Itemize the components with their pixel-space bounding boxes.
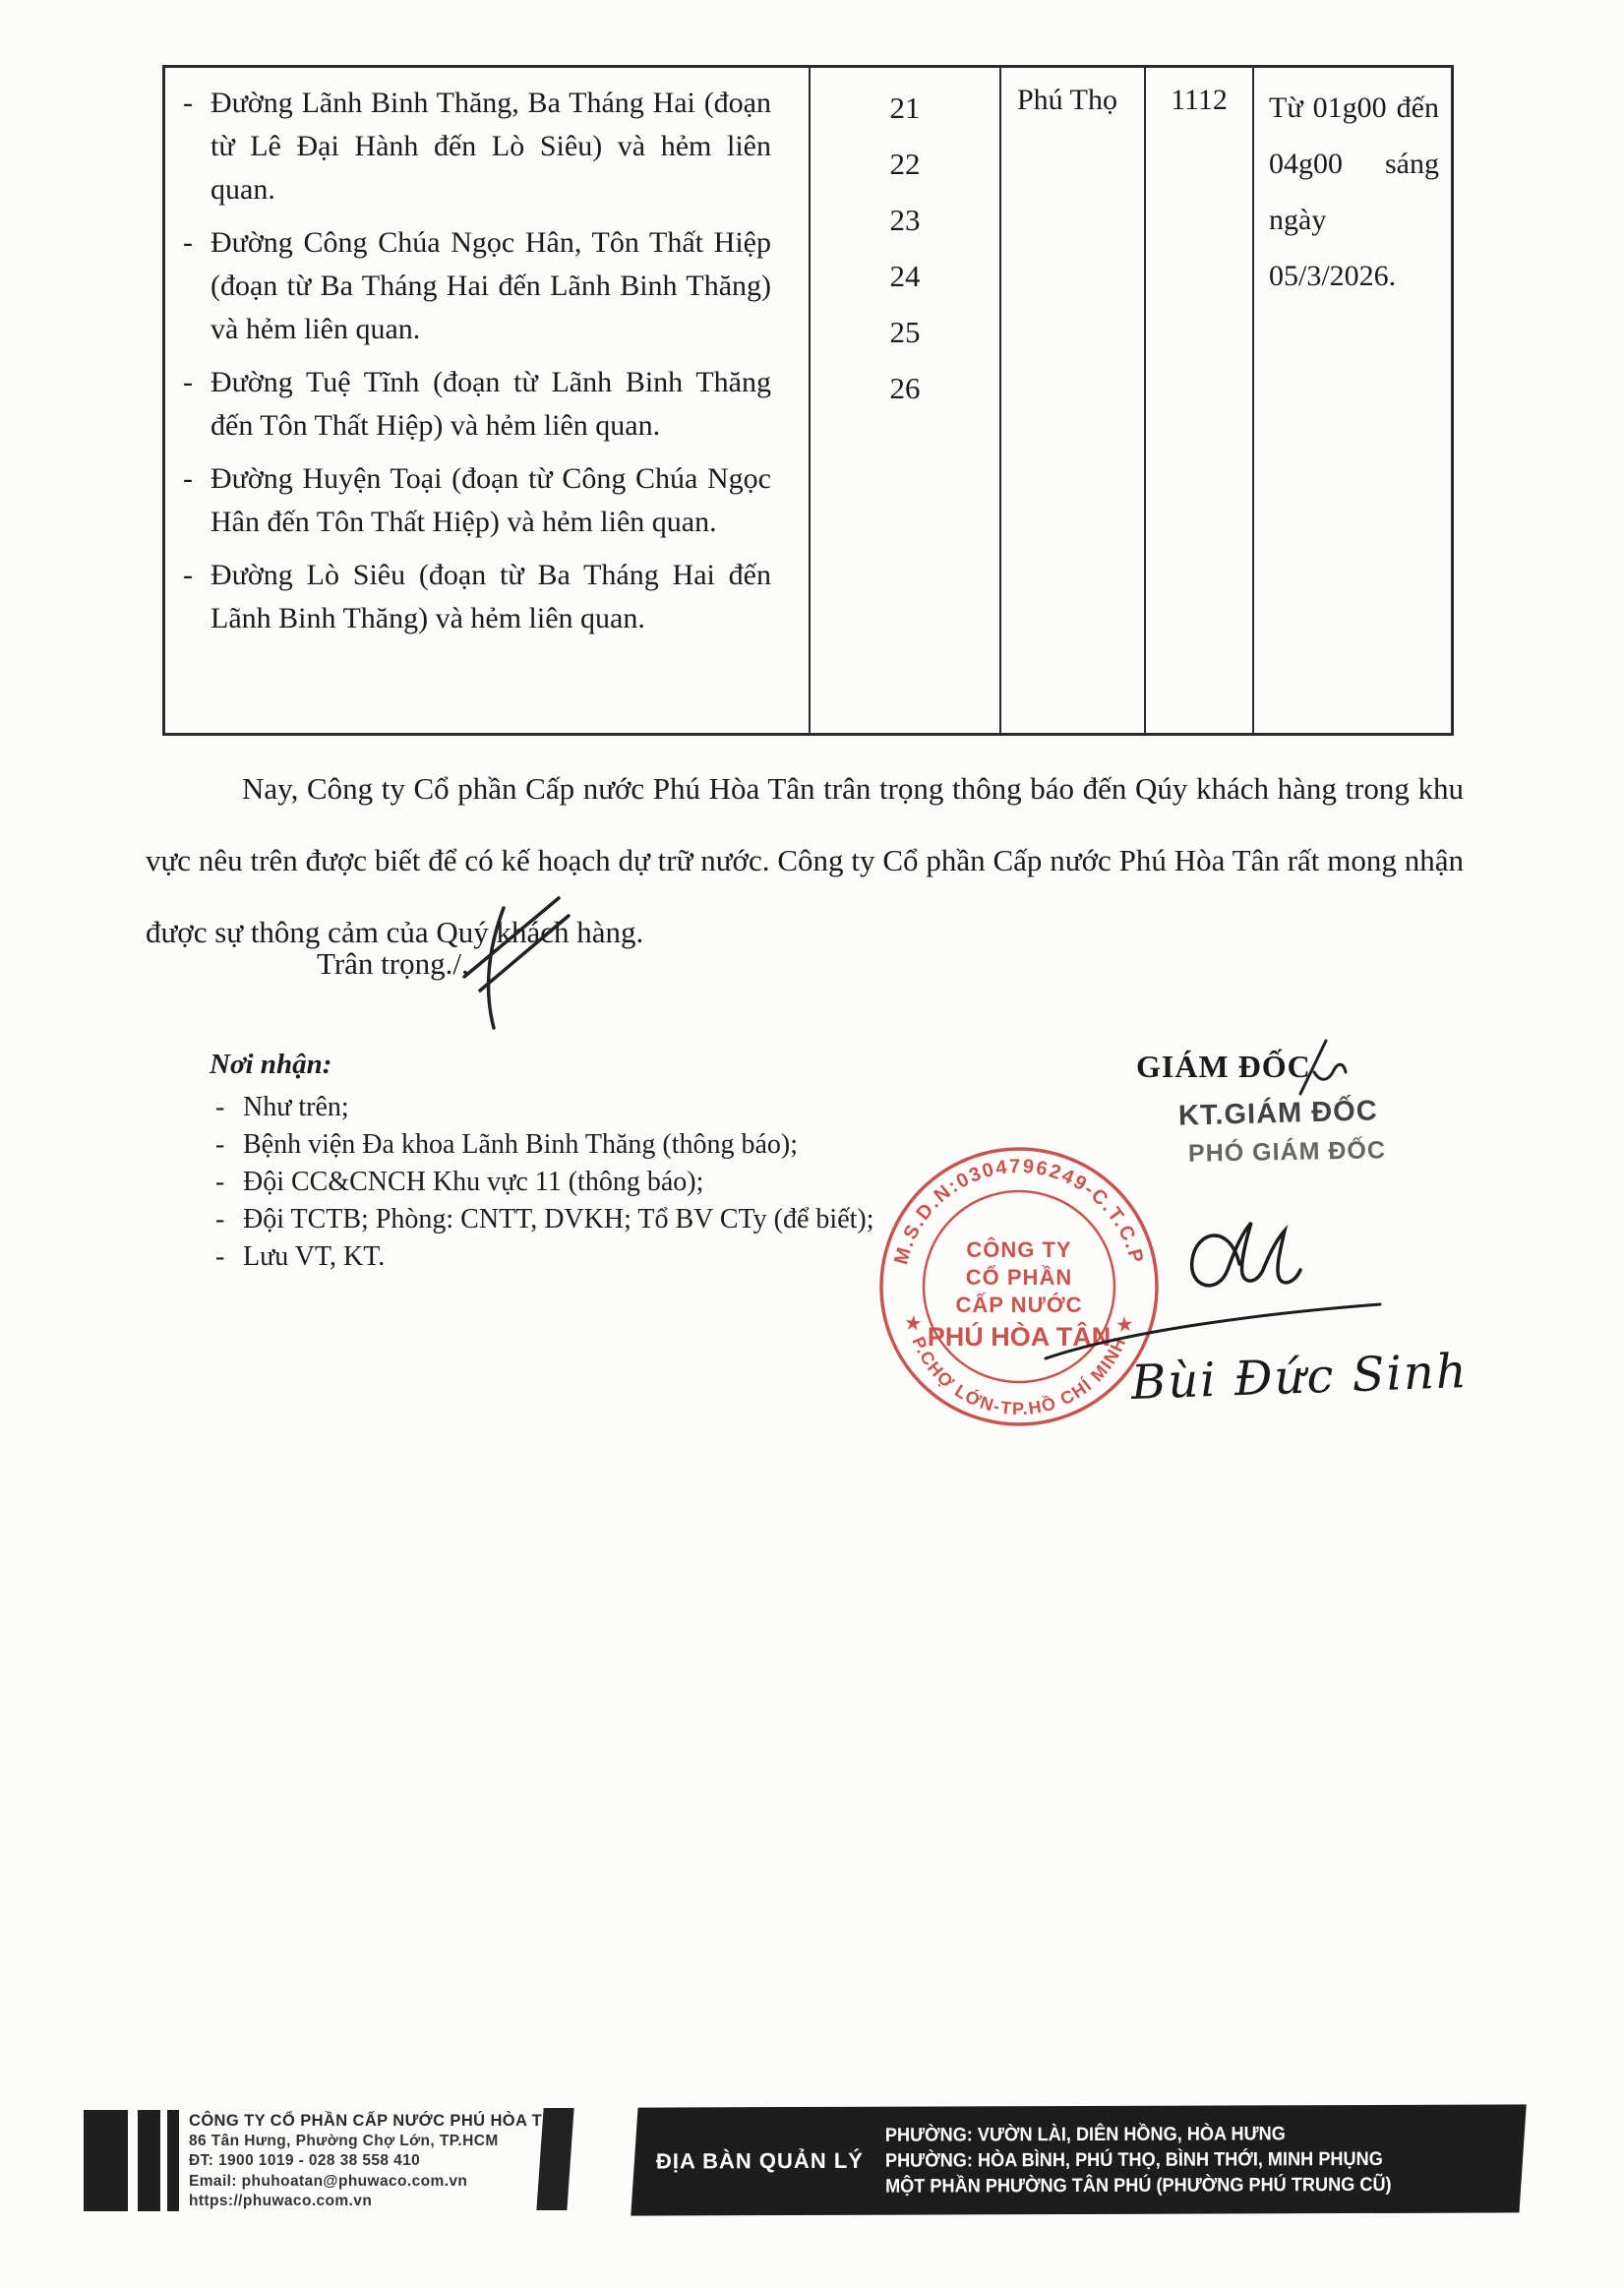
recipient-text: Đội CC&CNCH Khu vực 11 (thông báo); [243, 1164, 703, 1201]
footer-logo-bar [167, 2110, 179, 2211]
footer-logo-bar [84, 2110, 128, 2211]
street-text: Đường Lò Siêu (đoạn từ Ba Tháng Hai đến … [211, 554, 771, 640]
footer-phone: ĐT: 1900 1019 - 028 38 558 410 [189, 2151, 567, 2172]
ward-name: Phú Thọ [1017, 84, 1117, 116]
water-outage-table: - Đường Lãnh Binh Thăng, Ba Tháng Hai (đ… [162, 65, 1454, 736]
table-row: - Đường Tuệ Tĩnh (đoạn từ Lãnh Binh Thăn… [165, 361, 771, 448]
table-row: - Đường Lò Siêu (đoạn từ Ba Tháng Hai đế… [165, 554, 771, 640]
bullet-dash: - [165, 457, 211, 544]
footer-website[interactable]: https://phuwaco.com.vn [189, 2192, 567, 2212]
route-number: 22 [811, 136, 999, 192]
notice-paragraph: Nay, Công ty Cổ phần Cấp nước Phú Hòa Tâ… [146, 753, 1464, 968]
bullet-dash: - [165, 82, 211, 211]
recipient-text: Lưu VT, KT. [243, 1238, 385, 1276]
column-time: Từ 01g00 đến 04g00 sáng ngày 05/3/2026. [1254, 68, 1451, 733]
recipient-text: Đội TCTB; Phòng: CNTT, DVKH; Tổ BV CTy (… [243, 1201, 874, 1238]
signer-name: Bùi Đức Sinh [1130, 1344, 1469, 1411]
service-area-line: PHƯỜNG: VƯỜN LÀI, DIÊN HỒNG, HÒA HƯNG [885, 2121, 1392, 2148]
recipient-text: Bệnh viện Đa khoa Lãnh Binh Thăng (thông… [243, 1126, 798, 1164]
column-dma: 1112 [1146, 68, 1254, 733]
deputy-director-stamp-line: PHÓ GIÁM ĐỐC [1188, 1136, 1386, 1169]
kt-director-stamp-line: KT.GIÁM ĐỐC [1178, 1095, 1379, 1132]
street-text: Đường Công Chúa Ngọc Hân, Tôn Thất Hiệp … [211, 221, 771, 351]
route-number: 25 [811, 304, 999, 360]
signature-scribble [1038, 1166, 1461, 1372]
outage-time-note: Từ 01g00 đến 04g00 sáng ngày 05/3/2026. [1269, 91, 1439, 292]
footer-logo-bar [138, 2110, 160, 2211]
footer-address: 86 Tân Hưng, Phường Chợ Lớn, TP.HCM [189, 2132, 567, 2152]
footer-email: Email: phuhoatan@phuwaco.com.vn [189, 2172, 567, 2193]
footer-company-info: CÔNG TY CỔ PHẦN CẤP NƯỚC PHÚ HÒA TÂN 86 … [189, 2111, 567, 2212]
column-streets: - Đường Lãnh Binh Thăng, Ba Tháng Hai (đ… [165, 68, 811, 733]
bullet-dash: - [165, 361, 211, 448]
bullet-dash: - [210, 1164, 243, 1201]
column-ward: Phú Thọ [1001, 68, 1146, 733]
street-text: Đường Lãnh Binh Thăng, Ba Tháng Hai (đoạ… [211, 82, 771, 211]
list-item: - Bệnh viện Đa khoa Lãnh Binh Thăng (thô… [210, 1126, 874, 1164]
street-text: Đường Huyện Toại (đoạn từ Công Chúa Ngọc… [211, 457, 771, 544]
street-text: Đường Tuệ Tĩnh (đoạn từ Lãnh Binh Thăng … [211, 361, 771, 448]
bullet-dash: - [210, 1238, 243, 1276]
footer-accent-wedge [536, 2108, 573, 2210]
footer-banner-content: ĐỊA BÀN QUẢN LÝ PHƯỜNG: VƯỜN LÀI, DIÊN H… [634, 2120, 1523, 2199]
route-number: 23 [811, 192, 999, 248]
bullet-dash: - [210, 1201, 243, 1238]
recipient-text: Như trên; [243, 1089, 349, 1126]
dma-code: 1112 [1171, 84, 1228, 116]
bullet-dash: - [210, 1089, 243, 1126]
bullet-dash: - [165, 554, 211, 640]
column-route-numbers: 21 22 23 24 25 26 [811, 68, 1001, 733]
table-row: - Đường Huyện Toại (đoạn từ Công Chúa Ng… [165, 457, 771, 544]
recipients-label: Nơi nhận: [210, 1049, 874, 1081]
table-row: - Đường Công Chúa Ngọc Hân, Tôn Thất Hiệ… [165, 221, 771, 351]
route-number: 26 [811, 360, 999, 416]
route-number: 24 [811, 248, 999, 304]
footer-service-area-banner: ĐỊA BÀN QUẢN LÝ PHƯỜNG: VƯỜN LÀI, DIÊN H… [631, 2104, 1527, 2215]
recipients-block: Nơi nhận: - Như trên; - Bệnh viện Đa kho… [210, 1049, 874, 1276]
pen-mark-after-title [1287, 1033, 1355, 1102]
service-area-label: ĐỊA BÀN QUẢN LÝ [634, 2148, 885, 2175]
service-area-line: MỘT PHẦN PHƯỜNG TÂN PHÚ (PHƯỜNG PHÚ TRUN… [885, 2172, 1392, 2199]
route-number: 21 [811, 80, 999, 136]
table-row: - Đường Lãnh Binh Thăng, Ba Tháng Hai (đ… [165, 82, 771, 211]
list-item: - Như trên; [210, 1089, 874, 1126]
pen-flourish-closing [443, 880, 580, 1038]
list-item: - Đội CC&CNCH Khu vực 11 (thông báo); [210, 1164, 874, 1201]
director-title: GIÁM ĐỐC [1136, 1049, 1311, 1085]
footer-company-name: CÔNG TY CỔ PHẦN CẤP NƯỚC PHÚ HÒA TÂN [189, 2111, 567, 2132]
service-area-line: PHƯỜNG: HÒA BÌNH, PHÚ THỌ, BÌNH THỚI, MI… [885, 2146, 1392, 2174]
document-page: - Đường Lãnh Binh Thăng, Ba Tháng Hai (đ… [0, 0, 1624, 2288]
list-item: - Lưu VT, KT. [210, 1238, 874, 1276]
bullet-dash: - [165, 221, 211, 351]
list-item: - Đội TCTB; Phòng: CNTT, DVKH; Tổ BV CTy… [210, 1201, 874, 1238]
bullet-dash: - [210, 1126, 243, 1164]
service-area-list: PHƯỜNG: VƯỜN LÀI, DIÊN HỒNG, HÒA HƯNG PH… [885, 2121, 1392, 2199]
